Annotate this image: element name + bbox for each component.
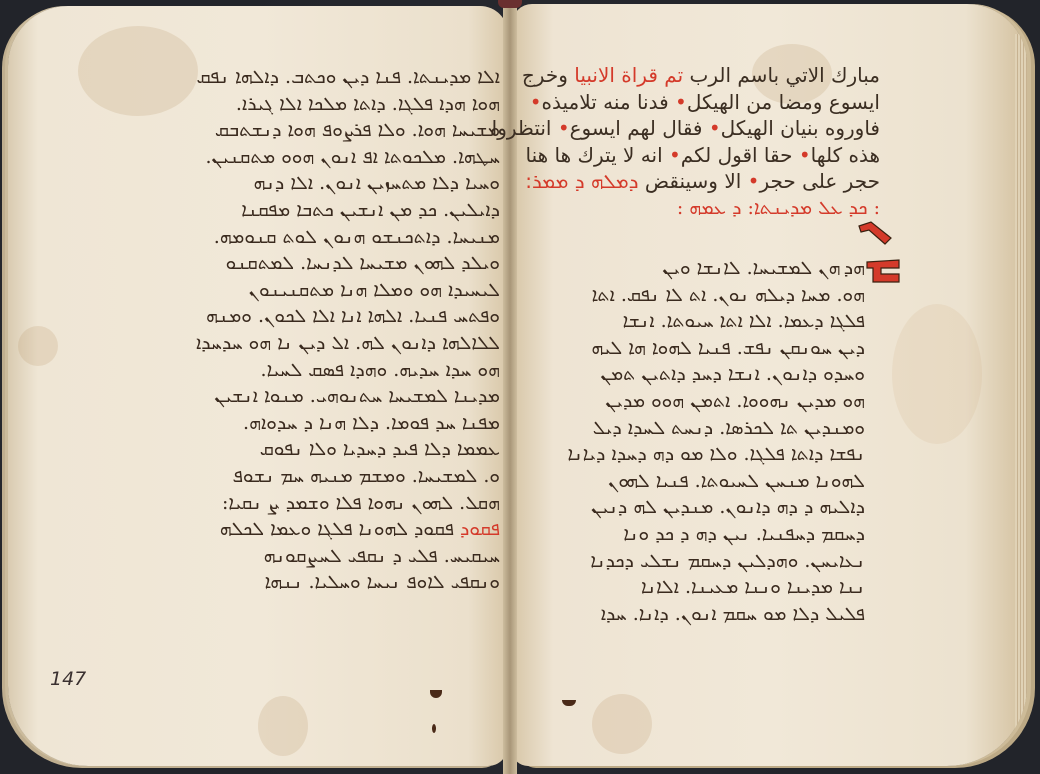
text-line: ܕܐܠܝܗ ܕ ܕܗ ܕܐܢܘܢ. ܡܢܕܝܢ ܠܗ ܕܢܝܢ <box>535 494 865 521</box>
right-page-syriac-text: ܗܕ ܗܢ ܠܡܫܝܚܐ. ܠܐܢܫܐ ܘܝܢ ܗܘ. ܡܚܐ ܕܝܠܗ ܢܘܢ… <box>535 255 865 627</box>
text-line: ܠܗܘܢܐ ܡܢܚܢ ܠܚܝܘܬܐ. ܦܢܝܐ ܠܗܘܢ <box>535 468 865 495</box>
right-page-arabic-text: مبارك الاتي باسم الرب تم قراة الانبيا وخ… <box>540 62 880 222</box>
text-line: ܗܘ ܡܕܝܢ ܢܗܘܘܐ. ܐܬܡܢ ܗܘܘ ܡܕܝܢ <box>535 388 865 415</box>
arabic-line: حجر على حجر• الا وسينقض ܕܡܠܗ ܕ ܡܡܪ: <box>540 168 880 195</box>
text-line: ܠܠܐܠܗܐ ܕܐܢܘܢ ܠܗ. ܐܠ ܕܝܢ ܢܐ ܗܘ ܚܕܚܕܐ <box>90 330 500 357</box>
red-initial-icon <box>857 220 893 248</box>
text-line: ܡܫܝܚܐ ܗܘܐ. ܘܠܐ ܦܪܨܘܦ ܗܘܐ ܕܢܫܬܒܩ <box>90 117 500 144</box>
text-line: ܗܩܠ. ܠܗܘܢ ܢܗܘܐ ܦܠܐ ܘܫܡܕ ܨ ܢܩܝܐ: <box>90 490 500 517</box>
arabic-line: هذه كلها• حقا اقول لكم• انه لا يترك ها ه… <box>540 142 880 169</box>
text-line: ܦܠܓܐ ܕܥܡܐ. ܐܠܐ ܐܬܐ ܚܝܘܬܐ. ܐܢܫܐ <box>535 308 865 335</box>
text-line: ܚܛܗܐ. ܡܠܟܘܬܐ ܐܦ ܐܢܘܢ ܗܘܘ ܡܬܩܢܝܢ. <box>90 144 500 171</box>
arabic-line: ايسوع ومضا من الهيكل• فدنا منه تلاميذه• <box>540 89 880 116</box>
left-page-text: ܐܠܐ ܡܕܝܢܬܐ. ܦܢܐ ܕܝܢ ܘܟܬܒ. ܕܐܠܗܐ ܢܦܩ ܗܘܐ … <box>90 64 500 596</box>
text-line: ܕܝܢ ܚܘܢܩܢ ܢܦܫ. ܦܢܝܐ ܠܗܘܐ ܗܐ ܠܝܗ <box>535 335 865 362</box>
syriac-rubric-line: : ܟܕ ܥܠ ܡܕܝܢܬܐ: ܕ ܥܡܗ : <box>540 195 880 222</box>
text-line: ܚܝܩܝܚ. ܦܠܝ ܕ ܢܩܦܝ ܠܚܨܩܘܢܗ <box>90 543 500 570</box>
text-line: ܡܕܝܢܐ ܠܡܫܝܚܐ ܚܬܢܘܗܝ. ܡܢܘܐ ܐܢܫܝܢ <box>90 383 500 410</box>
water-stain <box>18 326 58 366</box>
text-line: ܗܘܐ ܗܕܐ ܦܠܓܐ. ܕܐܬܐ ܡܠܟܐ ܐܠܐ ܓܝܪܐ. <box>90 91 500 118</box>
water-stain <box>892 304 982 444</box>
red-rubric: ܦܩܘܕ <box>460 518 500 540</box>
text-line: ܘܡܢܕܝܢ ܬܐ ܠܟܪܣܐ. ܕܢܚܬ ܠܚܕܐ ܕܝܠ <box>535 415 865 442</box>
open-manuscript: ܐܠܐ ܡܕܝܢܬܐ. ܦܢܐ ܕܝܢ ܘܟܬܒ. ܕܐܠܗܐ ܢܦܩ ܗܘܐ … <box>0 0 1040 774</box>
text-line: ܗܘ ܚܕܐ ܚܕܝܗ. ܘܗܕܐ ܦܣܩ ܠܚܝܐ. <box>90 357 500 384</box>
text-line: ܡܦܢܐ ܚܕ ܦܘܡܐ. ܕܠܐ ܗܢܐ ܕ ܚܕܘܐܗ. <box>90 410 500 437</box>
text-line: ܕܚܩܡ ܕܚܦܢܝܐ. ܢܝܢ ܕܗ ܕ ܟܕ ܘܢܐ <box>535 521 865 548</box>
arabic-line: مبارك الاتي باسم الرب تم قراة الانبيا وخ… <box>540 62 880 89</box>
water-stain <box>592 694 652 754</box>
text-line-rest: ܦܩܘܕ ܠܗܘܢܐ ܦܠܓܐ ܘܥܡܐ ܠܟܠܗ <box>220 518 454 540</box>
text-line: ܕܐܝܠܝܢ. ܟܕ ܡܢ ܐܢܫܝܢ ܟܬܒܐ ܡܦܩܢܐ <box>90 197 500 224</box>
text-line: ܘ. ܠܡܫܝܚܐ. ܘܡܫܡ ܡܢܝܗ ܚܡ ܢܫܘܦ <box>90 463 500 490</box>
text-line: ܐܠܐ ܡܕܝܢܬܐ. ܦܢܐ ܕܝܢ ܘܟܬܒ. ܕܐܠܗܐ ܢܦܩ <box>90 64 500 91</box>
text-line: ܢܢܐ ܡܕܝܢܐ ܘܢܢܐ ܡܥܝܢܐ. ܐܠܐܢܐ <box>535 574 865 601</box>
folio-number: 147 <box>50 668 86 690</box>
water-stain <box>258 696 308 756</box>
text-line: ܡܢܝܚܐ. ܕܐܬܟܢܫܘ ܗܢܘܢ ܠܘܬ ܩܢܘܡܗ. <box>90 224 500 251</box>
text-line: ܦܠܝܠ ܕܠܐ ܡܘ ܚܩܡ ܐܢܘܢ. ܕܐܢܐ. ܚܕܐ <box>535 601 865 628</box>
text-line: ܘܝܠܕ ܠܗܘܢ ܡܫܝܚܐ ܠܕܢܚܐ. ܠܡܬܩܢܘ <box>90 250 500 277</box>
ink-blot <box>432 724 436 733</box>
text-line: ܢܥܐܝܚܢ. ܘܗܕܠܝܢ ܕܚܩܡ ܢܫܠܝ ܕܟܕܢܐ <box>535 548 865 575</box>
text-line: ܗܕ ܗܢ ܠܡܫܝܚܐ. ܠܐܢܫܐ ܘܝܢ <box>535 255 865 282</box>
text-line: ܘܢܩܦܝ ܠܐܘܦ ܢܝܚܐ ܘܚܠܝܐ. ܢܢܗܐ <box>90 569 500 596</box>
text-line: ܘܦܬܚ ܦܢܝܐ. ܐܠܗܐ ܐܢܐ ܐܠܐ ܠܟܘܢ. ܘܡܢܗ <box>90 303 500 330</box>
page-edges <box>1015 34 1027 754</box>
arabic-line: فاوروه بنيان الهيكل• فقال لهم ايسوع• انت… <box>540 115 880 142</box>
text-line: ܘܚܝܐ ܕܠܐ ܡܬܚܙܝܢ ܐܢܘܢ. ܐܠܐ ܕܢܗ <box>90 170 500 197</box>
text-line: ܘܚܕܘ ܕܐܢܘܢ. ܐܢܫܐ ܕܚܕ ܕܐܬܝܢ ܬܡܢ <box>535 361 865 388</box>
text-line: ܗܘ. ܡܚܐ ܕܝܠܗ ܢܘܢ. ܐܬ ܠܐ ܢܦܩ. ܐܬܐ <box>535 282 865 309</box>
red-initial-icon <box>865 258 901 286</box>
text-line-rubric: ܦܩܘܕ ܦܩܘܕ ܠܗܘܢܐ ܦܠܓܐ ܘܥܡܐ ܠܟܠܗ <box>90 516 500 543</box>
text-line: ܢܦܫܐ ܕܐܬܐ ܦܠܓܐ. ܘܠܐ ܡܘ ܕܗ ܕܚܕܐ ܕܝܐܢܐ <box>535 441 865 468</box>
text-line: ܠܝܚܝܕܐ ܗܘ ܘܡܠܐ ܗܢܐ ܡܬܩܢܝܢܘܢ <box>90 277 500 304</box>
binding-thread <box>498 0 522 8</box>
text-line: ܥܡܡܐ ܕܠܐ ܦܝܕ ܕܚܕܝܐ ܘܠܐ ܢܦܘܩ <box>90 436 500 463</box>
